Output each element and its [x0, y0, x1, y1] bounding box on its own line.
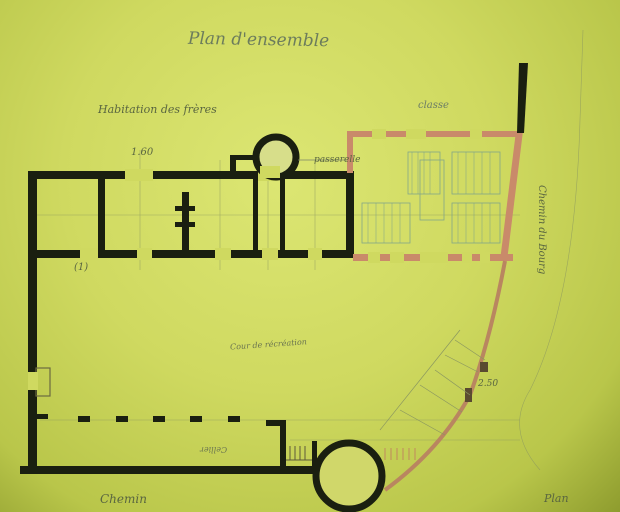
label-habitation: Habitation des frères — [98, 103, 217, 116]
plan-title: Plan d'ensemble — [188, 29, 330, 51]
label-classe: classe — [418, 100, 449, 111]
floor-plan-drawing — [0, 0, 620, 512]
room-number: (1) — [74, 262, 88, 273]
classe-walls — [347, 131, 523, 261]
dimension-top: 1.60 — [131, 147, 153, 158]
label-corner: Plan — [544, 492, 569, 505]
label-passerelle: passerelle — [314, 155, 360, 165]
dimension-curve: 2.50 — [478, 379, 498, 389]
cellier-walls — [20, 414, 320, 474]
label-chemin-right: Chemin du Bourg — [536, 185, 547, 274]
habitation-walls — [28, 155, 354, 471]
floor-plan-sheet: Plan d'ensemble Habitation des frères cl… — [0, 0, 620, 512]
label-chemin-bottom: Chemin — [100, 492, 147, 506]
label-cellier: Cellier — [200, 445, 227, 454]
